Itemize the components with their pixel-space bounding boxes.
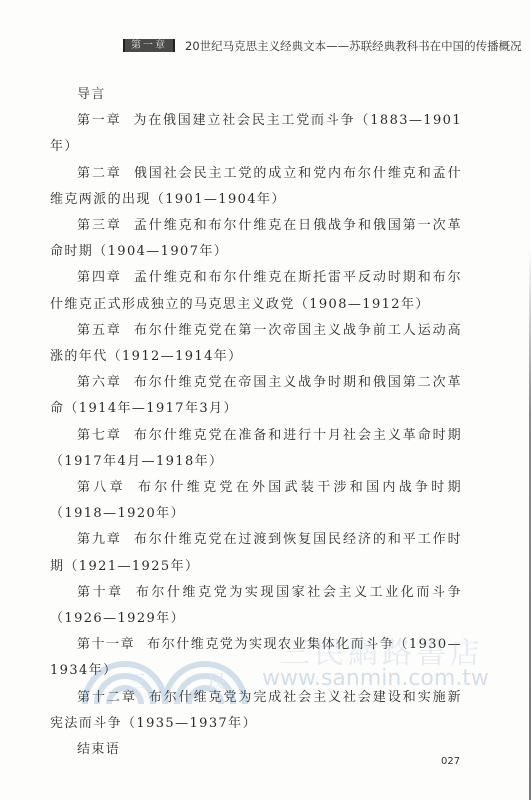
toc-entry: 第八章布尔什维克党在外国武装干涉和国内战争时期（1918—1920年）	[50, 475, 462, 527]
toc-chapter-label: 第四章	[77, 270, 122, 285]
toc-entry-intro: 导言	[50, 82, 462, 108]
chapter-badge: 第一章	[123, 39, 175, 52]
toc-entry: 第三章孟什维克和布尔什维克在日俄战争和俄国第一次革命时期（1904—1907年）	[50, 213, 462, 265]
toc-entry-conclusion: 结束语	[50, 737, 462, 763]
toc-chapter-label: 第十二章	[77, 690, 137, 705]
toc-entry: 第七章布尔什维克党在准备和进行十月社会主义革命时期（1917年4月—1918年）	[50, 423, 462, 475]
toc-chapter-label: 第三章	[77, 218, 122, 233]
toc-chapter-label: 第十章	[77, 585, 124, 600]
toc-entry: 第十章布尔什维克党为实现国家社会主义工业化而斗争（1926—1929年）	[50, 580, 462, 632]
toc-chapter-label: 第六章	[77, 375, 122, 390]
toc-entry: 第二章俄国社会民主工党的成立和党内布尔什维克和孟什维克两派的出现（1901—19…	[50, 161, 462, 213]
toc-chapter-label: 第二章	[77, 166, 122, 181]
toc-entry: 第五章布尔什维克党在第一次帝国主义战争前工人运动高涨的年代（1912—1914年…	[50, 318, 462, 370]
running-head-title: 20世纪马克思主义经典文本——苏联经典教科书在中国的传播概况	[185, 38, 522, 54]
running-head: 第一章 20世纪马克思主义经典文本——苏联经典教科书在中国的传播概况	[123, 38, 522, 53]
toc-chapter-label: 第十一章	[77, 637, 135, 652]
toc-chapter-label: 第一章	[77, 113, 121, 128]
toc-entry-text: 导言	[77, 87, 106, 102]
toc-chapter-label: 第七章	[77, 428, 122, 443]
toc-entry: 第十二章布尔什维克党为完成社会主义社会建设和实施新宪法而斗争（1935—1937…	[50, 685, 462, 737]
page-number: 027	[441, 756, 460, 767]
toc-chapter-label: 第五章	[77, 323, 122, 338]
toc-entry-text: 结束语	[77, 742, 120, 757]
table-of-contents: 导言 第一章为在俄国建立社会民主工党而斗争（1883—1901年） 第二章俄国社…	[50, 82, 462, 763]
toc-entry: 第十一章布尔什维克党为实现农业集体化而斗争（1930—1934年）	[50, 632, 462, 684]
toc-entry: 第四章孟什维克和布尔什维克在斯托雷平反动时期和布尔什维克正式形成独立的马克思主义…	[50, 265, 462, 317]
toc-chapter-label: 第九章	[77, 532, 122, 547]
toc-entry: 第九章布尔什维克党在过渡到恢复国民经济的和平工作时期（1921—1925年）	[50, 527, 462, 579]
toc-entry: 第六章布尔什维克党在帝国主义战争时期和俄国第二次革命（1914年—1917年3月…	[50, 370, 462, 422]
toc-chapter-label: 第八章	[77, 480, 126, 495]
toc-entry: 第一章为在俄国建立社会民主工党而斗争（1883—1901年）	[50, 108, 462, 160]
